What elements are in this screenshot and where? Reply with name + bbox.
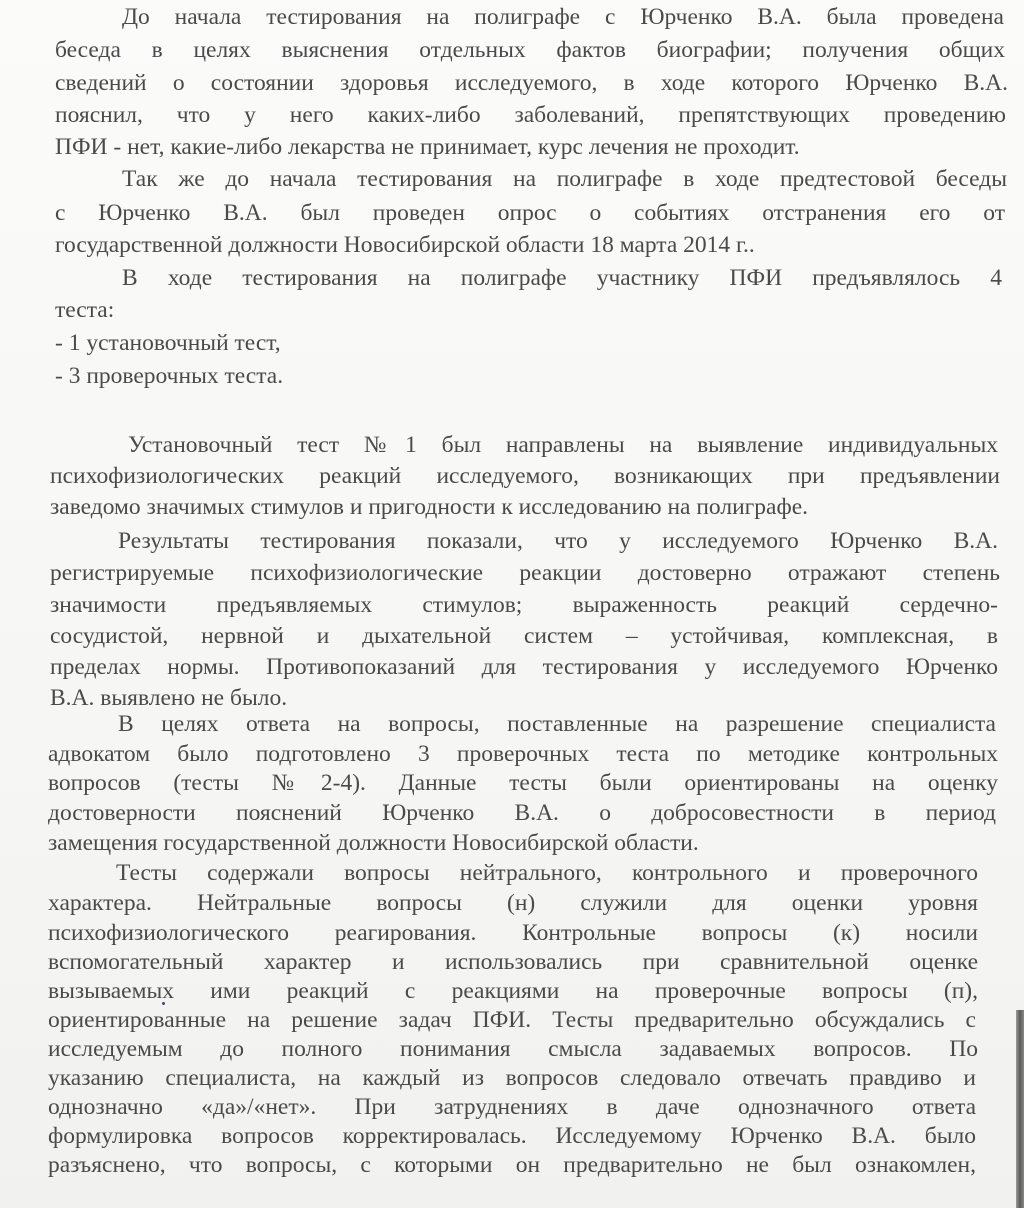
paragraph-1-line-2: беседа в целях выяснения отдельных факто… [55,35,1005,65]
scanned-document-page: До начала тестирования на полиграфе с Юр… [0,0,1024,1208]
paragraph-5-line-1: Результаты тестирования показали, что у … [118,526,998,556]
paragraph-6-line-2: адвокатом было подготовлено 3 проверочны… [48,739,998,769]
paragraph-5-line-2: регистрируемые психофизиологические реак… [50,558,1000,588]
paragraph-7-line-2: характера. Нейтральные вопросы (н) служи… [48,888,978,918]
paragraph-7-line-6: ориентированные на решение задач ПФИ. Те… [48,1005,976,1035]
paragraph-5-line-3: значимости предъявляемых стимулов; выраж… [50,590,998,620]
paragraph-1-line-3: сведений о состоянии здоровья исследуемо… [55,68,1008,98]
paragraph-1-line-5: ПФИ - нет, какие-либо лекарства не прини… [55,132,800,162]
paragraph-2-line-3: государственной должности Новосибирской … [55,230,755,260]
list-item-check-tests: - 3 проверочных теста. [55,361,283,391]
paragraph-6-line-5: замещения государственной должности Ново… [48,828,699,858]
paragraph-7-line-8: указанию специалиста, на каждый из вопро… [48,1063,976,1093]
paragraph-7-line-11: разъяснено, что вопросы, с которыми он п… [48,1150,976,1180]
paragraph-7-line-5: вызываемых ими реакций с реакциями на пр… [48,976,978,1006]
paragraph-7-line-7: исследуемым до полного понимания смысла … [48,1034,978,1064]
scan-page-edge [1016,1010,1024,1208]
paragraph-5-line-4: сосудистой, нервной и дыхательной систем… [50,621,998,651]
paragraph-6-line-4: достоверности пояснений Юрченко В.А. о д… [48,798,996,828]
paragraph-1-line-1: До начала тестирования на полиграфе с Юр… [122,2,1004,32]
paragraph-5-line-5: пределах нормы. Противопоказаний для тес… [50,652,998,682]
paragraph-2-line-1: Так же до начала тестирования на полигра… [122,164,1007,194]
paragraph-7-line-10: формулировка вопросов корректировалась. … [48,1121,976,1151]
paragraph-4-line-1: Установочный тест №1 был направлены на в… [128,430,998,460]
paragraph-4-line-2: психофизиологических реакций исследуемог… [50,461,1000,491]
paragraph-3-line-2: теста: [55,295,114,325]
ink-speck [162,1002,165,1005]
paragraph-2-line-2: с Юрченко В.А. был проведен опрос о собы… [55,198,1005,228]
paragraph-6-line-1: В целях ответа на вопросы, поставленные … [118,709,996,739]
paragraph-7-line-1: Тесты содержали вопросы нейтрального, ко… [116,858,978,888]
paragraph-6-line-3: вопросов (тесты №2-4). Данные тесты были… [48,768,998,798]
paragraph-7-line-9: однозначно «да»/«нет». При затруднениях … [48,1092,976,1122]
paragraph-3-line-1: В ходе тестирования на полиграфе участни… [122,263,1002,293]
paragraph-7-line-3: психофизиологического реагирования. Конт… [48,918,978,948]
paragraph-7-line-4: вспомогательный характер и использовалис… [48,947,978,977]
paragraph-1-line-4: пояснил, что у него каких-либо заболеван… [55,100,1006,130]
paragraph-4-line-3: заведомо значимых стимулов и пригодности… [50,492,808,522]
list-item-setup-test: - 1 установочный тест, [55,328,281,358]
